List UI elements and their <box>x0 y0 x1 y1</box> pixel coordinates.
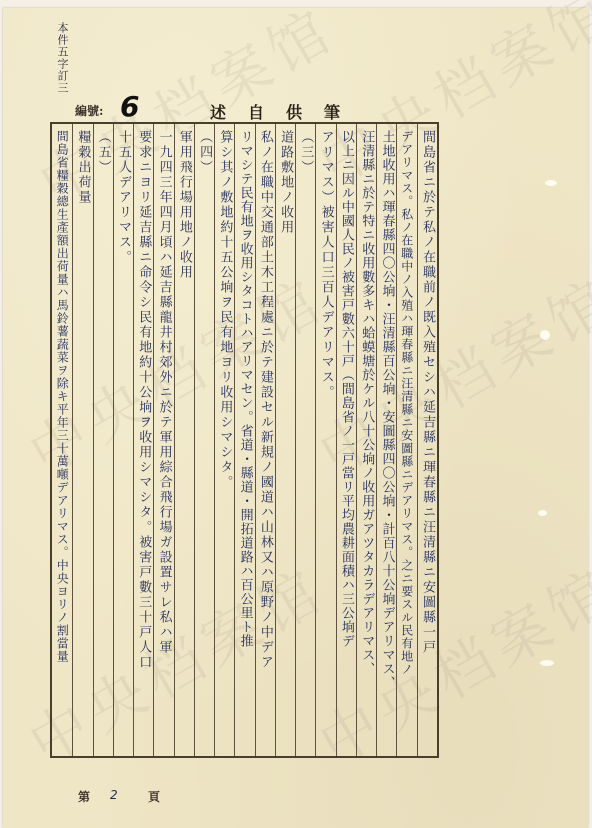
paper-speck <box>545 180 557 186</box>
paper-speck <box>540 330 550 340</box>
text-column: 一九四三年四月頃ハ延吉縣龍井村郊外ニ於テ軍用綜合飛行場ガ設置サレ私ハ軍 <box>154 130 172 750</box>
text-column: リマシテ民有地ヲ收用シタコトハアリマセン。省道・縣道・開拓道路ハ百公里ト推 <box>235 130 253 750</box>
section-heading: （三） <box>296 130 314 750</box>
section-heading: 軍用飛行場用地ノ收用 <box>175 130 193 750</box>
text-column: 間島省糧穀總生產額出荷量ハ馬鈴薯蔬菜ヲ除キ平年三十萬噸デアリマス。中央ヨリノ割當… <box>53 130 71 750</box>
serial-label: 編號: <box>75 102 103 119</box>
side-annotation: 本件五字訂三 <box>56 22 70 94</box>
text-column: 汪清縣ニ於テ特ニ收用數多キハ蛤蟆塘於ケル八十公垧ノ收用ガアツタカラデアリマス、 <box>357 130 375 750</box>
text-column: 私ノ在職中交通部土木工程處ニ於テ建設セル新規ノ國道ハ山林又ハ原野ノ中デア <box>256 130 274 750</box>
text-column: アリマス）被害人口三百人デアリマス。 <box>316 130 334 750</box>
section-heading: （五） <box>94 130 112 750</box>
text-column: デアリマス。私ノ在職中ノ入殖ハ琿春縣ニ汪清縣ニ安圖縣ニデアリマス。之ニ要スル民有… <box>397 130 415 750</box>
section-heading: （四） <box>195 130 213 750</box>
text-column: 土地收用ハ琿春縣四〇公垧・汪清縣百公垧・安圖縣四〇公垧・計百八十公垧デアリマス、 <box>377 130 395 750</box>
text-column: 十五人デアリマス。 <box>114 130 132 750</box>
form-header: 編號: 6 筆供自述 <box>0 90 592 120</box>
section-heading: 糧穀出荷量 <box>73 130 91 750</box>
page-prefix: 第 <box>78 788 90 805</box>
page-suffix: 頁 <box>148 788 160 805</box>
text-column: 以上ニ因ル中國人民ノ被害戸數六十戸（間島省ノ一戸當リ平均農耕面積ハ三公垧デ <box>337 130 355 750</box>
serial-number: 6 <box>120 90 139 123</box>
text-column: 算シ其ノ敷地約十五公垧ヲ民有地ヨリ收用シマシタ。 <box>215 130 233 750</box>
paper-speck <box>540 660 554 666</box>
page-number: 2 <box>110 788 118 802</box>
section-heading: 道路敷地ノ收用 <box>276 130 294 750</box>
text-column: 間島省ニ於テ私ノ在職前ノ既入殖セシハ延吉縣ニ琿春縣ニ汪清縣ニ安圖縣一戸 <box>418 130 436 750</box>
paper-speck <box>538 510 547 516</box>
page-footer: 第 2 頁 <box>0 788 592 808</box>
text-column: 要求ニヨリ延吉縣ニ命令シ民有地約十公垧ヲ收用シマシタ。被害戸數三十戸人口 <box>134 130 152 750</box>
form-title: 筆供自述 <box>210 100 362 123</box>
